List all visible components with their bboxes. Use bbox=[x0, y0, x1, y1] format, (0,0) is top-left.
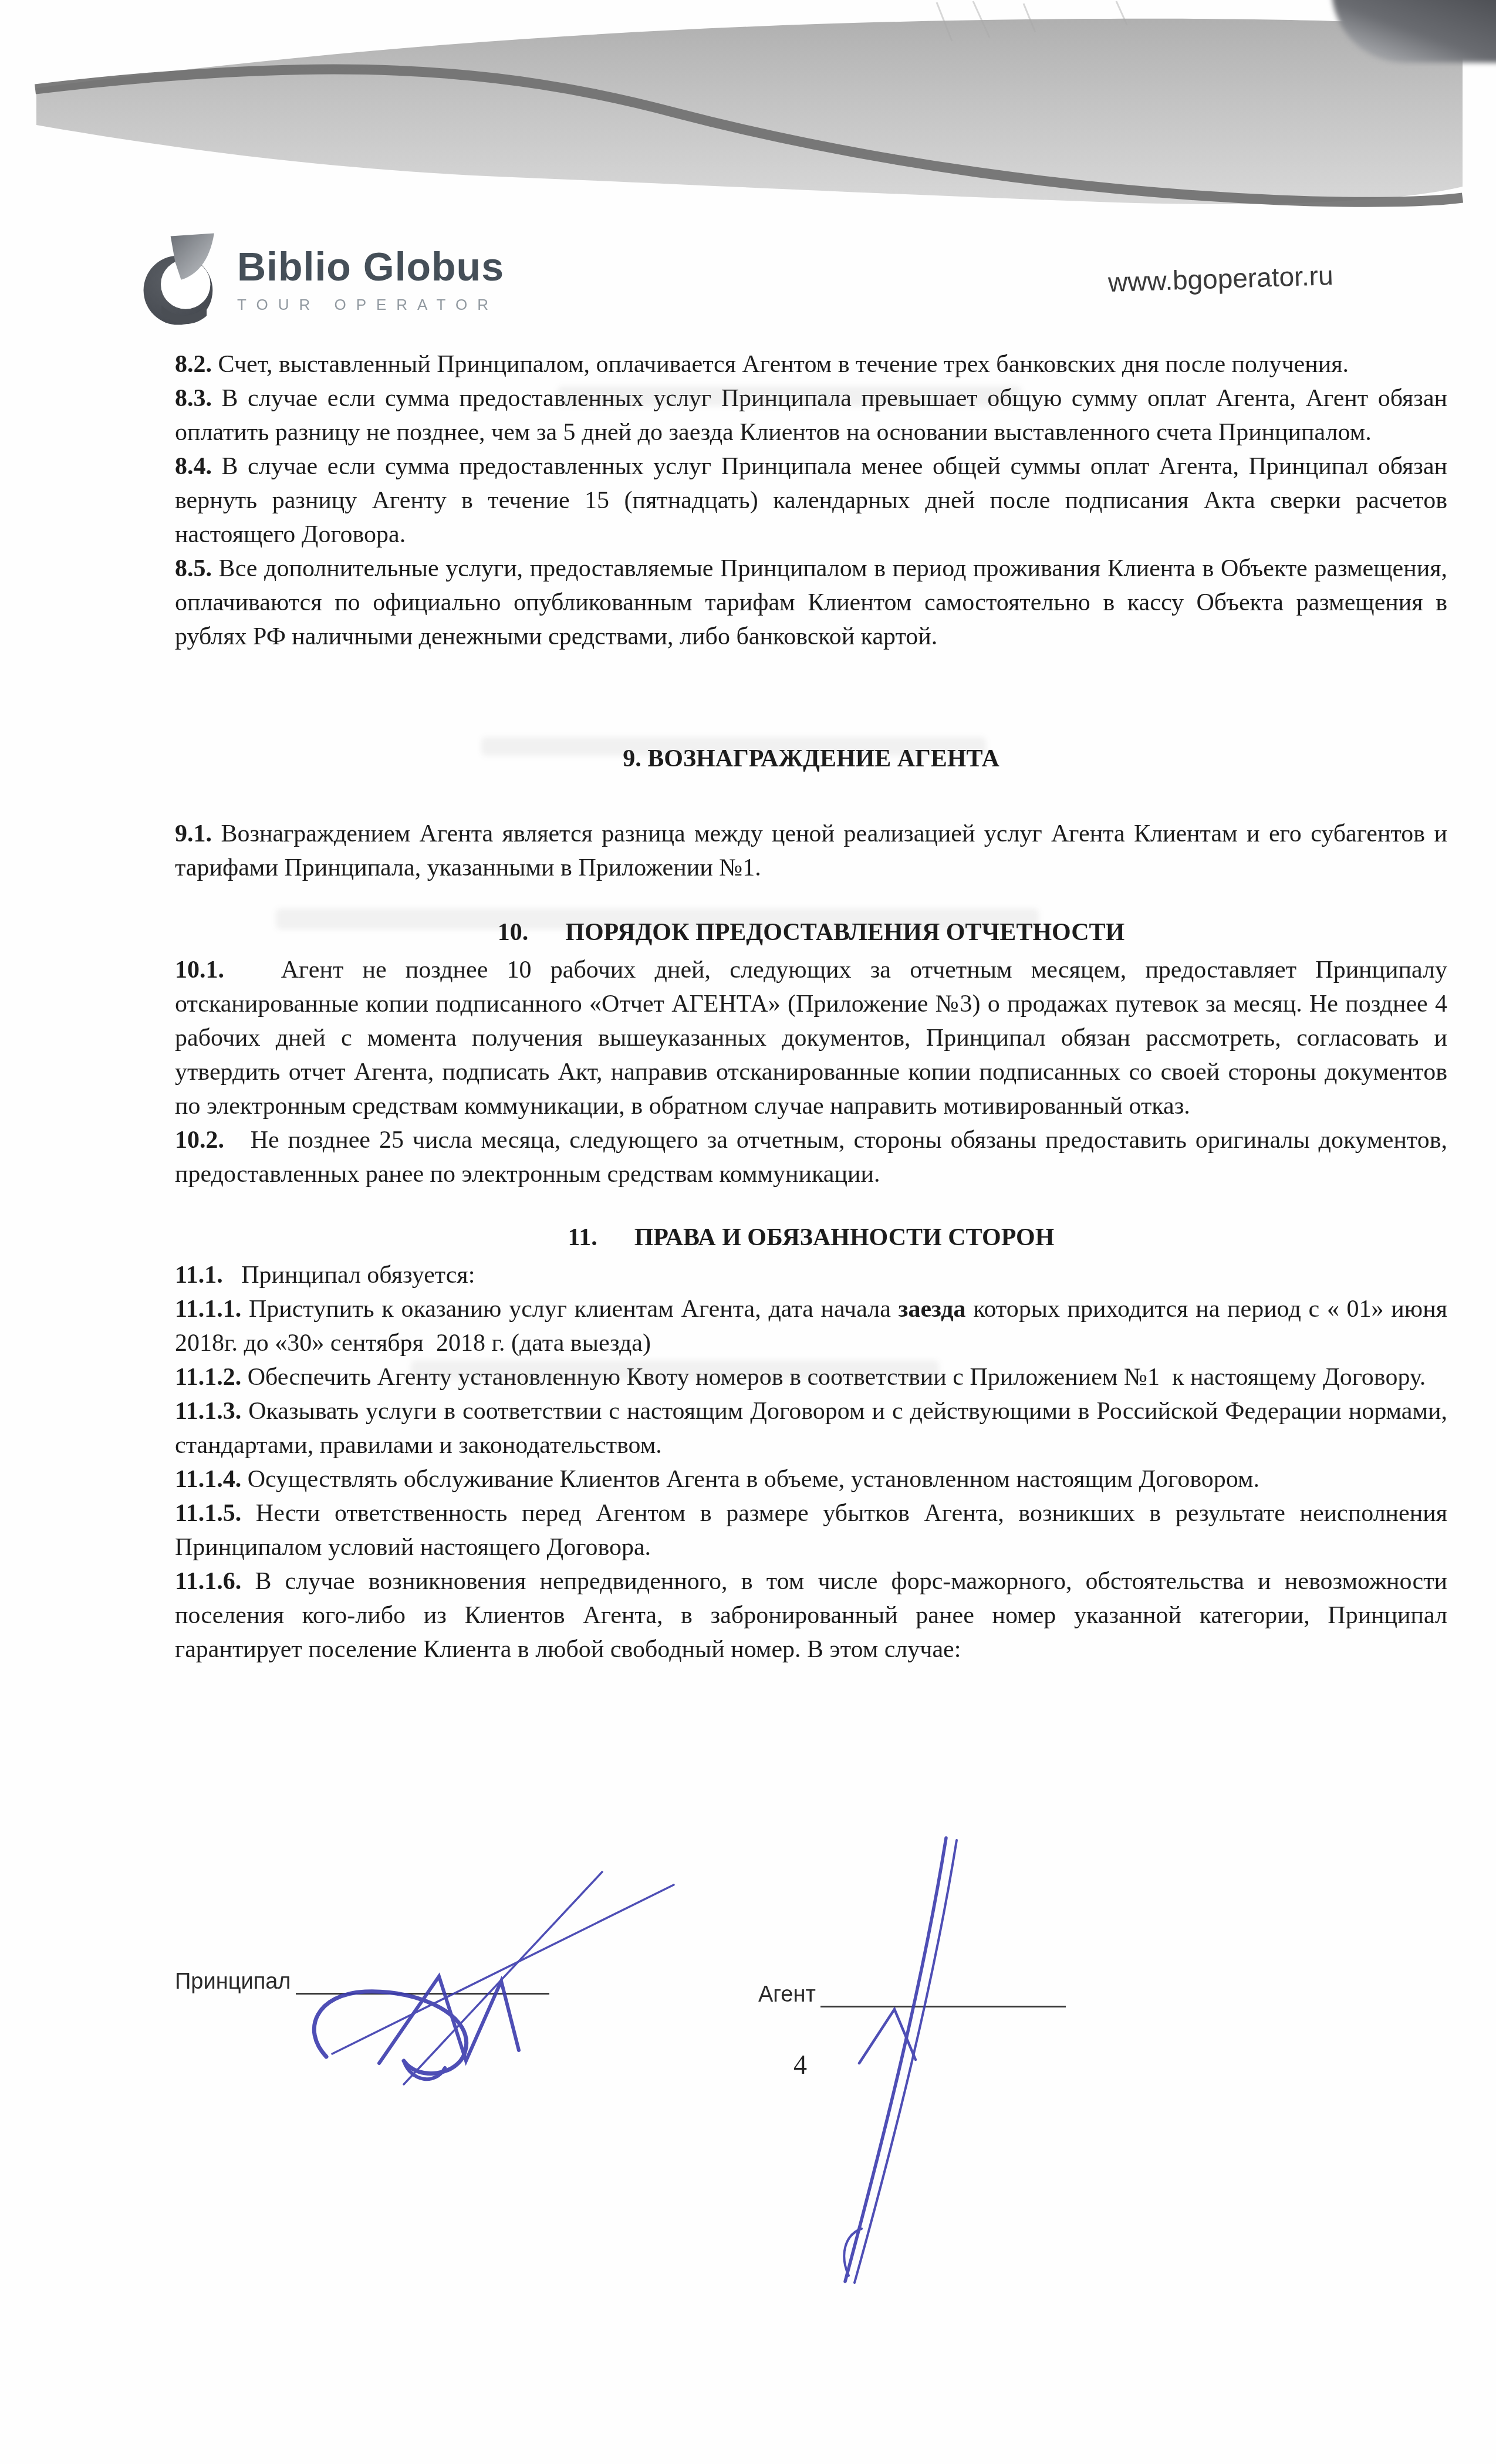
website-url: www.bgoperator.ru bbox=[1107, 259, 1333, 298]
contract-paragraph: 9.1. Вознаграждением Агента является раз… bbox=[175, 817, 1447, 885]
brand-subtitle: TOUR OPERATOR bbox=[237, 296, 504, 314]
contract-paragraph: 11.1.3. Оказывать услуги в соответствии … bbox=[175, 1394, 1447, 1462]
brand-logo: Biblio Globus TOUR OPERATOR bbox=[142, 230, 504, 339]
agent-label: Агент bbox=[758, 1982, 816, 2007]
scan-artifact bbox=[276, 908, 1039, 930]
scanned-contract-page: Biblio Globus TOUR OPERATOR www.bgoperat… bbox=[0, 0, 1496, 2464]
principal-signature bbox=[404, 2061, 445, 2079]
section-heading: 11. ПРАВА И ОБЯЗАННОСТИ СТОРОН bbox=[175, 1221, 1447, 1255]
contract-paragraph: 11.1.4. Осуществлять обслуживание Клиент… bbox=[175, 1462, 1447, 1496]
principal-label: Принципал bbox=[175, 1969, 291, 1995]
agent-signature-line bbox=[820, 1980, 1066, 2007]
wave-band-fill bbox=[36, 19, 1463, 204]
document-body: 8.2. Счет, выставленный Принципалом, опл… bbox=[175, 347, 1447, 1667]
principal-signature-block: Принципал bbox=[175, 1967, 549, 1995]
contract-paragraph: 11.1.6. В случае возникновения непредвид… bbox=[175, 1564, 1447, 1667]
contract-paragraph: 11.1.1. Приступить к оказанию услуг клие… bbox=[175, 1292, 1447, 1360]
contract-paragraph: 8.2. Счет, выставленный Принципалом, опл… bbox=[175, 347, 1447, 381]
scan-artifact bbox=[411, 1360, 939, 1379]
contract-paragraph: 10.2. Не позднее 25 числа месяца, следую… bbox=[175, 1123, 1447, 1191]
agent-signature bbox=[855, 1840, 957, 2283]
contract-paragraph: 10.1. Агент не позднее 10 рабочих дней, … bbox=[175, 953, 1447, 1123]
scan-artifact bbox=[558, 386, 1021, 406]
page-number: 4 bbox=[793, 2049, 807, 2080]
agent-signature-block: Агент bbox=[758, 1980, 1066, 2007]
globe-icon bbox=[142, 230, 217, 339]
contract-paragraph: 8.4. В случае если сумма предоставленных… bbox=[175, 449, 1447, 552]
contract-paragraph: 11.1. Принципал обязуется: bbox=[175, 1258, 1447, 1292]
scan-artifact bbox=[481, 737, 986, 756]
brand-name: Biblio Globus bbox=[237, 246, 504, 288]
contract-paragraph: 11.1.5. Нести ответственность перед Аген… bbox=[175, 1496, 1447, 1564]
brand-text-block: Biblio Globus TOUR OPERATOR bbox=[237, 246, 504, 314]
header-wave-decoration bbox=[0, 0, 1496, 235]
contract-paragraph: 8.5. Все дополнительные услуги, предоста… bbox=[175, 552, 1447, 654]
agent-signature bbox=[844, 2229, 862, 2276]
principal-signature-line bbox=[296, 1967, 549, 1995]
signature-footer: Принципал Агент bbox=[0, 1967, 1496, 2061]
